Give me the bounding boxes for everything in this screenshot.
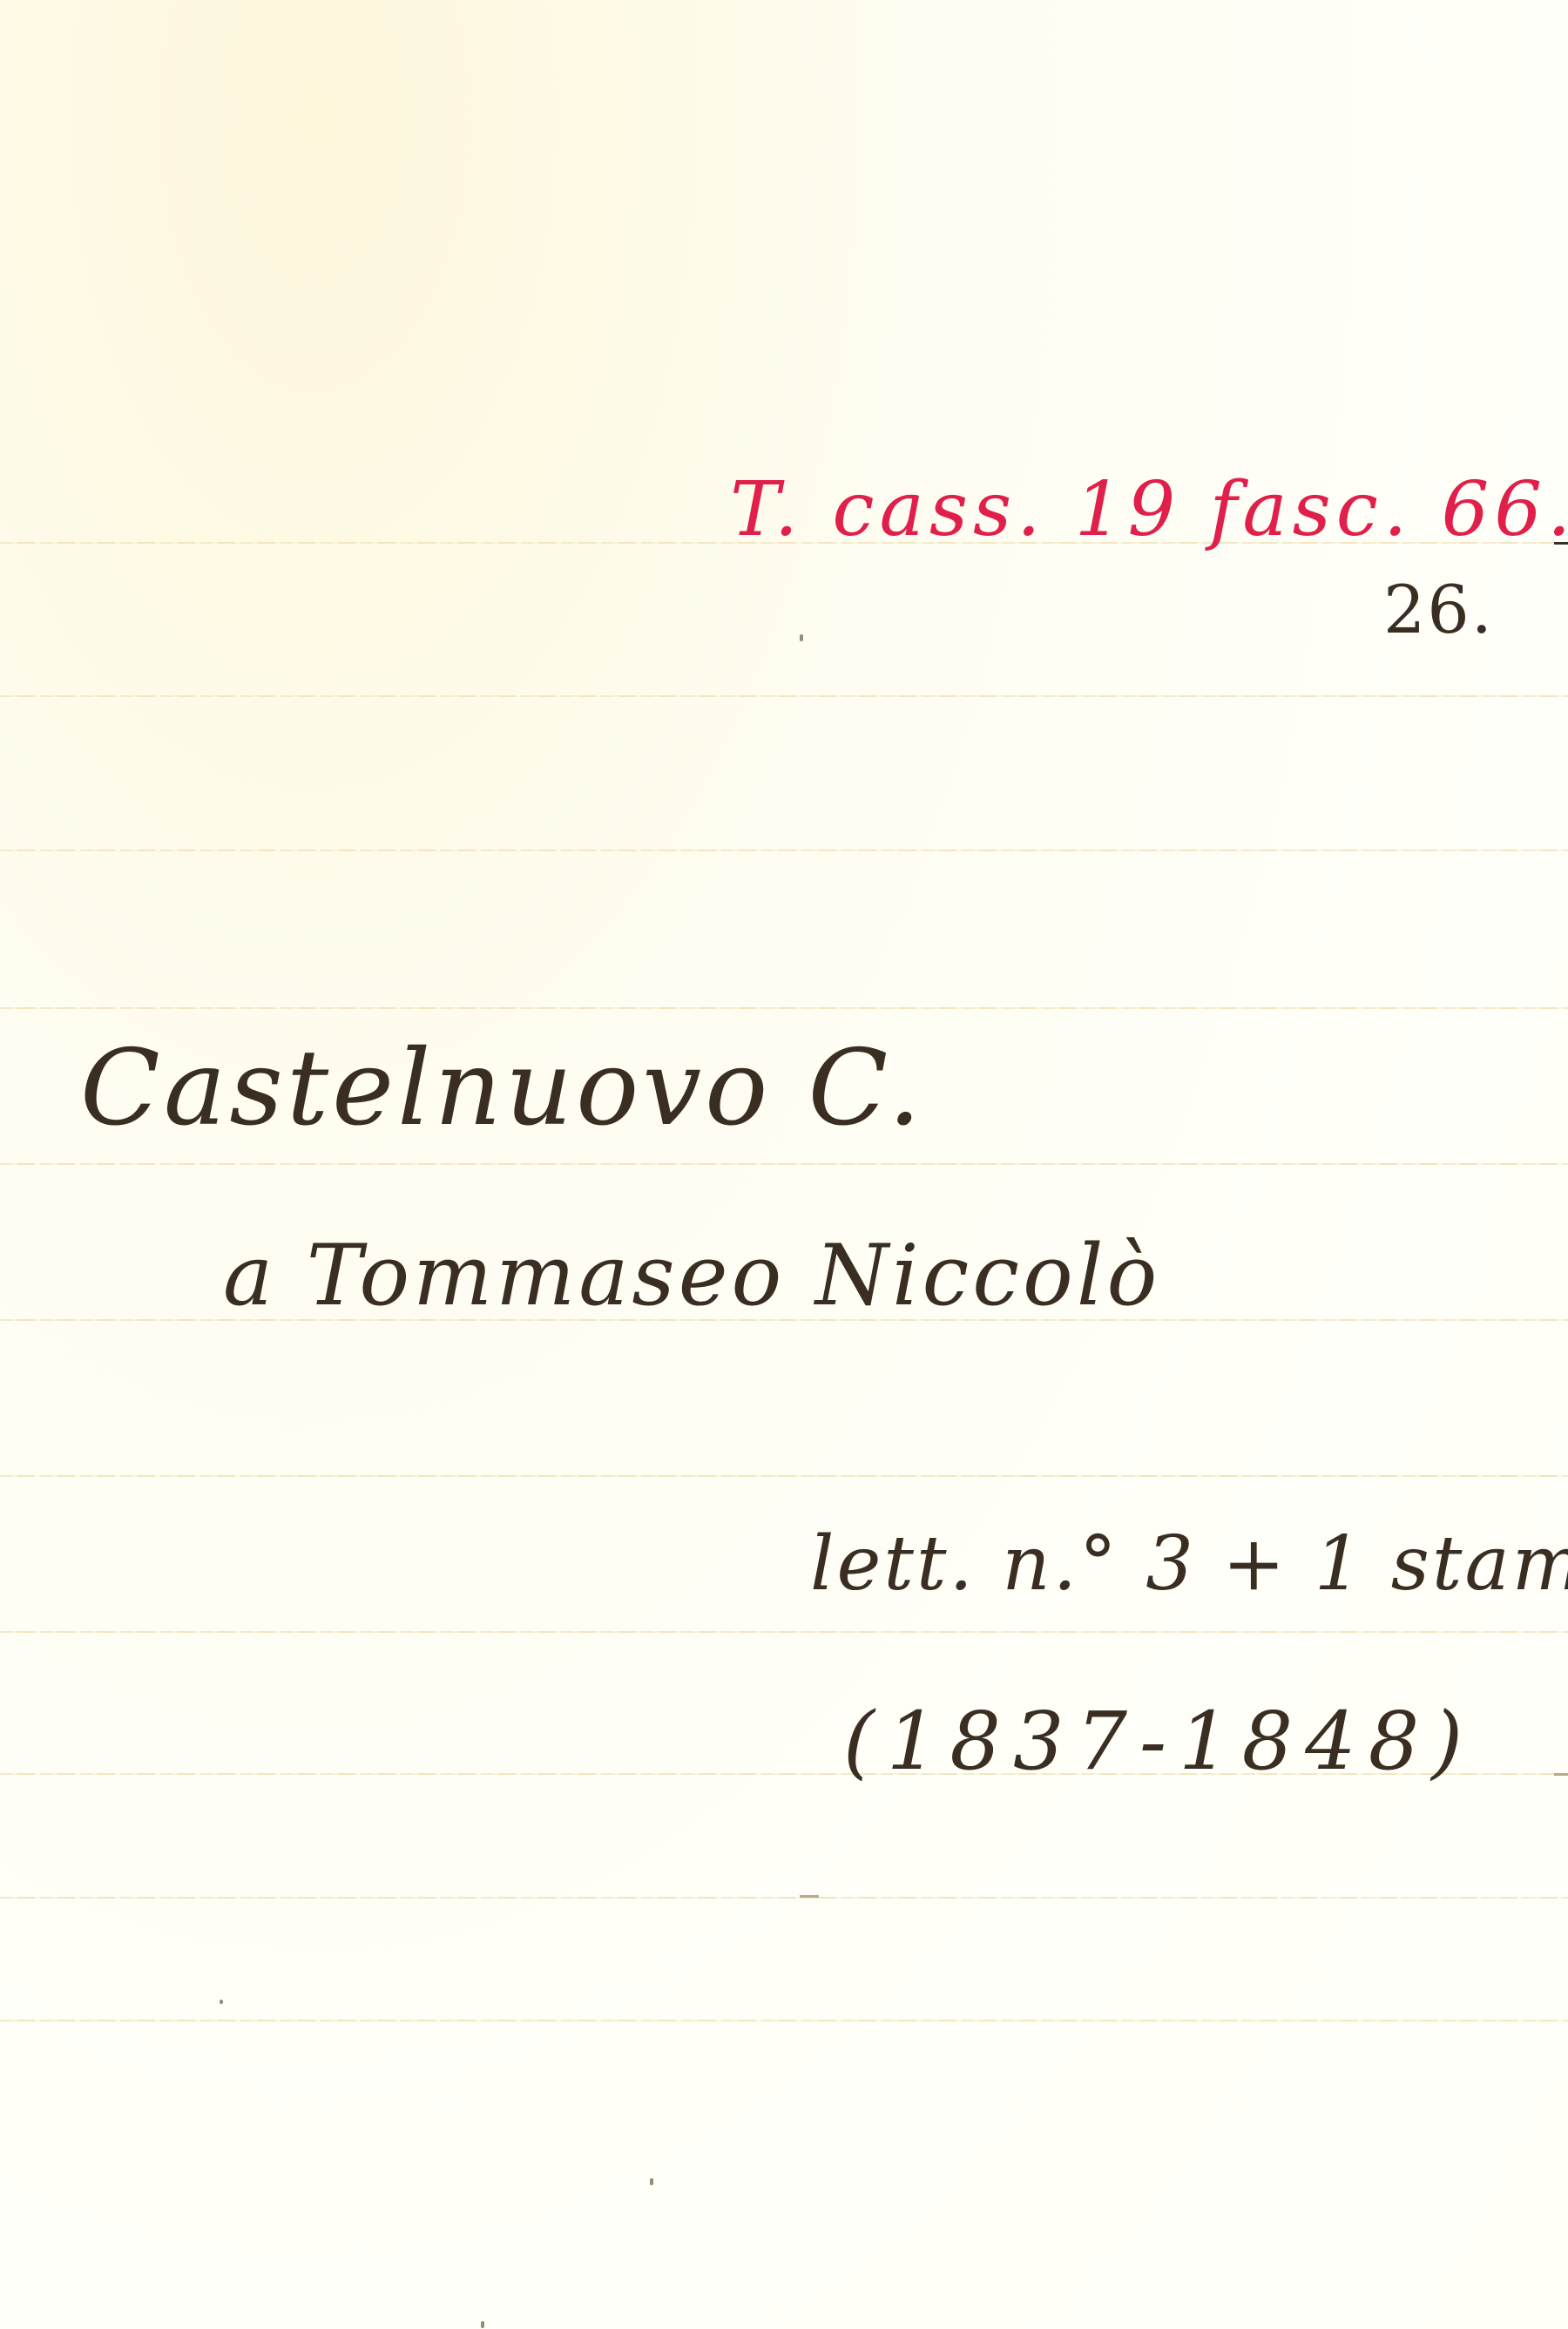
paper-speck bbox=[650, 2178, 653, 2185]
margin-tick bbox=[1554, 1773, 1568, 1776]
author-name: Castelnuovo C. bbox=[80, 1028, 924, 1149]
contents-note: lett. n.° 3 + 1 stamp. bbox=[810, 1520, 1568, 1608]
item-number: 26. bbox=[1383, 571, 1494, 648]
index-card: T. cass. 19 fasc. 66. 26. Castelnuovo C.… bbox=[0, 0, 1568, 2329]
recipient-name: a Tommaseo Niccolò bbox=[223, 1227, 1160, 1324]
paper-speck bbox=[220, 2000, 223, 2004]
ruled-line bbox=[0, 1007, 1568, 1009]
date-range: (1837-1848) bbox=[843, 1695, 1475, 1788]
ruled-line bbox=[0, 2020, 1568, 2021]
ruled-line bbox=[0, 1475, 1568, 1477]
margin-tick bbox=[800, 1895, 819, 1898]
paper-speck bbox=[800, 634, 803, 641]
ruled-line bbox=[0, 1631, 1568, 1633]
ruled-line bbox=[0, 1897, 1568, 1899]
ruled-line bbox=[0, 850, 1568, 851]
paper-speck bbox=[481, 2321, 484, 2328]
ruled-line bbox=[0, 695, 1568, 697]
ruled-line bbox=[0, 1163, 1568, 1165]
margin-tick bbox=[1554, 542, 1568, 545]
shelfmark: T. cass. 19 fasc. 66. bbox=[730, 466, 1568, 553]
